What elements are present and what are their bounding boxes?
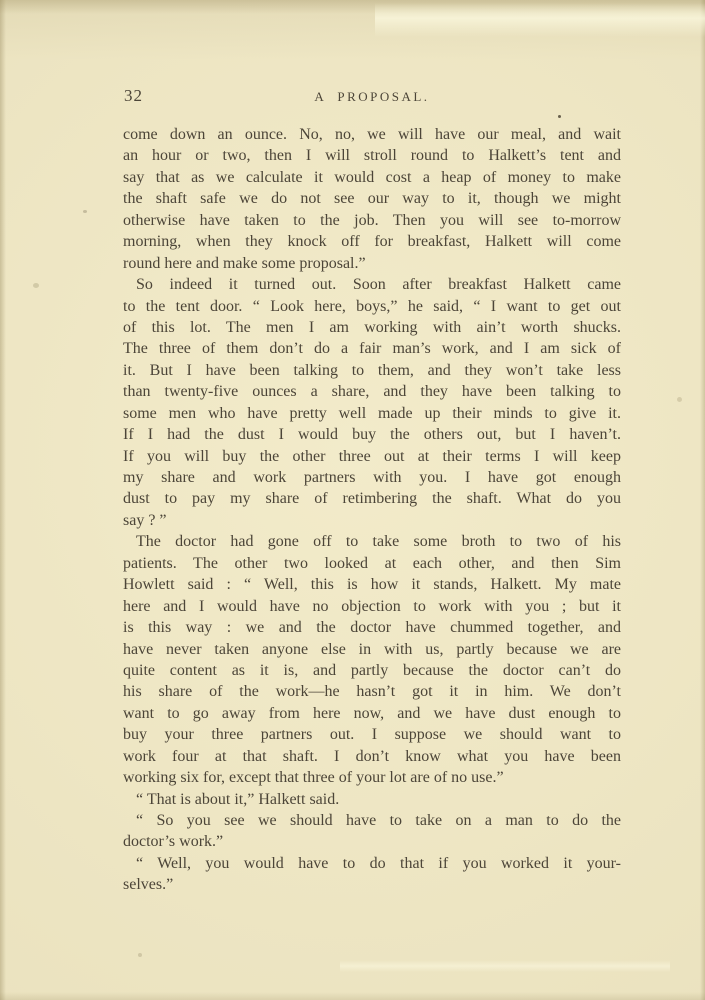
paragraph: “ Well, you would have to do that if you…: [123, 853, 621, 896]
text-line: patients. The other two looked at each o…: [123, 553, 621, 574]
text-line: If you will buy the other three out at t…: [123, 446, 621, 467]
text-line: buy your three partners out. I suppose w…: [123, 724, 621, 745]
text-line: dust to pay my share of retimbering the …: [123, 488, 621, 509]
text-line: otherwise have taken to the job. Then yo…: [123, 210, 621, 231]
text-line: to the tent door. “ Look here, boys,” he…: [123, 296, 621, 317]
text-line: want to go away from here now, and we ha…: [123, 703, 621, 724]
text-line: “ That is about it,” Halkett said.: [123, 789, 621, 810]
paragraph: come down an ounce. No, no, we will have…: [123, 124, 621, 274]
text-line: it. But I have been talking to them, and…: [123, 360, 621, 381]
page-body: come down an ounce. No, no, we will have…: [123, 124, 621, 896]
print-speck: [33, 283, 39, 288]
text-line: his share of the work—he hasn’t got it i…: [123, 681, 621, 702]
text-line: here and I would have no objection to wo…: [123, 596, 621, 617]
text-line: quite content as it is, and partly becau…: [123, 660, 621, 681]
paragraph: So indeed it turned out. Soon after brea…: [123, 274, 621, 531]
text-line: If I had the dust I would buy the others…: [123, 424, 621, 445]
text-line: round here and make some proposal.”: [123, 253, 621, 274]
text-line: my share and work partners with you. I h…: [123, 467, 621, 488]
text-line: The doctor had gone off to take some bro…: [123, 531, 621, 552]
text-line: is this way : we and the doctor have chu…: [123, 617, 621, 638]
running-header: 32 A PROPOSAL.: [123, 86, 621, 106]
print-speck: [83, 210, 87, 213]
text-line: “ So you see we should have to take on a…: [123, 810, 621, 831]
running-title: A PROPOSAL.: [123, 89, 621, 105]
text-line: working six for, except that three of yo…: [123, 767, 621, 788]
text-line: of this lot. The men I am working with a…: [123, 317, 621, 338]
text-line: selves.”: [123, 874, 621, 895]
paragraph: “ So you see we should have to take on a…: [123, 810, 621, 853]
print-speck: [138, 953, 142, 957]
text-line: than twenty-five ounces a share, and the…: [123, 381, 621, 402]
text-line: morning, when they knock off for breakfa…: [123, 231, 621, 252]
paragraph: The doctor had gone off to take some bro…: [123, 531, 621, 788]
paragraph: “ That is about it,” Halkett said.: [123, 789, 621, 810]
text-line: come down an ounce. No, no, we will have…: [123, 124, 621, 145]
text-line: “ Well, you would have to do that if you…: [123, 853, 621, 874]
text-line: work four at that shaft. I don’t know wh…: [123, 746, 621, 767]
print-speck: [677, 397, 682, 402]
text-line: doctor’s work.”: [123, 831, 621, 852]
text-line: The three of them don’t do a fair man’s …: [123, 338, 621, 359]
book-page: 32 A PROPOSAL. come down an ounce. No, n…: [0, 0, 705, 1000]
text-line: So indeed it turned out. Soon after brea…: [123, 274, 621, 295]
text-line: an hour or two, then I will stroll round…: [123, 145, 621, 166]
text-line: some men who have pretty well made up th…: [123, 403, 621, 424]
text-line: have never taken anyone else in with us,…: [123, 639, 621, 660]
text-line: the shaft safe we do not see our way to …: [123, 188, 621, 209]
text-line: Howlett said : “ Well, this is how it st…: [123, 574, 621, 595]
print-speck: [558, 115, 561, 118]
text-line: say ? ”: [123, 510, 621, 531]
text-line: say that as we calculate it would cost a…: [123, 167, 621, 188]
scan-light-band-bottom: [340, 960, 670, 972]
scan-light-band-top: [375, 3, 705, 37]
